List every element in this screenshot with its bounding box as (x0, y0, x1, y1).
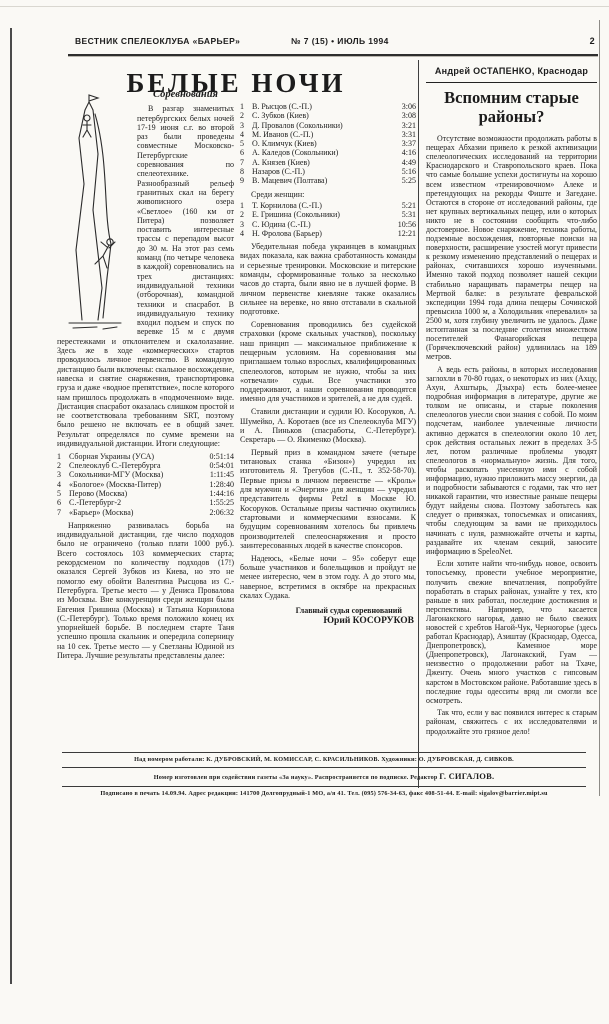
result-place: 3 (57, 470, 69, 479)
or-paragraph-4: Так что, если у вас появился интерес к с… (426, 708, 597, 735)
result-name: Д. Провалов (Сокольники) (252, 121, 402, 130)
result-time: 3:06 (402, 102, 416, 111)
result-time: 0:51:14 (210, 452, 234, 461)
result-place: 4 (240, 229, 252, 238)
men-result-row: 7 А. Князев (Киев) 4:49 (240, 158, 416, 167)
result-name: В. Мацевич (Полтава) (252, 176, 402, 185)
result-place: 7 (240, 158, 252, 167)
women-result-row: 3 С. Юдина (С.-П.) 10:56 (240, 220, 416, 229)
result-time: 2:06:32 (210, 508, 234, 517)
imprint-footer: Над номером работали: К. ДУБРОВСКИЙ, М. … (62, 752, 586, 801)
result-name: Назаров (С.-П.) (252, 167, 402, 176)
result-name: А. Каледов (Сокольники) (252, 148, 402, 157)
result-time: 12:21 (398, 229, 416, 238)
result-place: 4 (240, 130, 252, 139)
or-paragraph-2: А ведь есть районы, в которых исследован… (426, 365, 597, 556)
page-number: 2 (590, 36, 595, 46)
result-time: 5:25 (402, 176, 416, 185)
men-result-row: 8 Назаров (С.-П.) 5:16 (240, 167, 416, 176)
wn-paragraph-2: Напряженно развивалась борьба на индивид… (57, 521, 234, 660)
result-name: Н. Фролова (Барьер) (252, 229, 398, 238)
signature-role: Главный судья соревнований (240, 606, 402, 615)
result-name: С. Юдина (С.-П.) (252, 220, 398, 229)
result-place: 1 (57, 452, 69, 461)
result-name: М. Иванов (С.-П.) (252, 130, 402, 139)
result-place: 2 (57, 461, 69, 470)
signature-name: Юрий КОСОРУКОВ (240, 617, 414, 626)
result-name: Спелеоклуб С.-Петербурга (69, 461, 210, 470)
result-time: 1:28:40 (210, 480, 234, 489)
result-place: 3 (240, 220, 252, 229)
women-result-row: 4 Н. Фролова (Барьер) 12:21 (240, 229, 416, 238)
column-divider (418, 60, 419, 788)
result-time: 0:54:01 (210, 461, 234, 470)
men-result-row: 1 В. Рысцов (С.-П.) 3:06 (240, 102, 416, 111)
team-result-row: 1 Сборная Украины (УСА) 0:51:14 (57, 452, 234, 461)
men-result-row: 3 Д. Провалов (Сокольники) 3:21 (240, 121, 416, 130)
masthead: ВЕСТНИК СПЕЛЕОКЛУБА «БАРЬЕР» № 7 (15) • … (0, 36, 609, 50)
result-time: 5:31 (402, 210, 416, 219)
imprint-credits: Над номером работали: К. ДУБРОВСКИЙ, М. … (62, 752, 586, 767)
team-result-row: 2 Спелеоклуб С.-Петербурга 0:54:01 (57, 461, 234, 470)
result-place: 7 (57, 508, 69, 517)
result-time: 3:37 (402, 139, 416, 148)
wn-paragraph-5: Ставили дистанции и судили Ю. Косоруков,… (240, 407, 416, 444)
result-place: 1 (240, 102, 252, 111)
page-border-right (599, 20, 600, 796)
result-time: 3:31 (402, 130, 416, 139)
result-time: 3:08 (402, 111, 416, 120)
result-time: 5:21 (402, 201, 416, 210)
imprint-production: Номер изготовлен при содействии газеты «… (62, 767, 586, 785)
team-result-row: 5 Перово (Москва) 1:44:16 (57, 489, 234, 498)
result-name: О. Климчук (Киев) (252, 139, 402, 148)
masthead-rule (68, 54, 598, 57)
women-results-list: 1 Т. Корнилова (С.-П.) 5:21 2 Е. Гришина… (240, 201, 416, 238)
page-border-left (10, 28, 12, 984)
masthead-title: ВЕСТНИК СПЕЛЕОКЛУБА «БАРЬЕР» (75, 36, 240, 46)
result-time: 1:11:45 (210, 470, 234, 479)
result-place: 9 (240, 176, 252, 185)
result-name: Е. Гришина (Сокольники) (252, 210, 402, 219)
result-place: 2 (240, 111, 252, 120)
result-place: 5 (57, 489, 69, 498)
men-result-row: 2 С. Зубков (Киев) 3:08 (240, 111, 416, 120)
men-result-row: 5 О. Климчук (Киев) 3:37 (240, 139, 416, 148)
men-result-row: 4 М. Иванов (С.-П.) 3:31 (240, 130, 416, 139)
men-result-row: 6 А. Каледов (Сокольники) 4:16 (240, 148, 416, 157)
team-result-row: 7 «Барьер» (Москва) 2:06:32 (57, 508, 234, 517)
result-place: 8 (240, 167, 252, 176)
wn-paragraph-6: Первый приз в командном зачете (четыре т… (240, 448, 416, 550)
women-results-heading: Среди женщин: (240, 190, 416, 199)
result-name: С.-Петербург-2 (69, 498, 210, 507)
byline-ostapenko: Андрей ОСТАПЕНКО, Краснодар (426, 62, 597, 83)
or-paragraph-3: Если хотите найти что-нибудь новое, осво… (426, 559, 597, 705)
men-results-list: 1 В. Рысцов (С.-П.) 3:06 2 С. Зубков (Ки… (240, 102, 416, 186)
result-name: Перово (Москва) (69, 489, 210, 498)
result-name: А. Князев (Киев) (252, 158, 402, 167)
result-place: 1 (240, 201, 252, 210)
men-result-row: 9 В. Мацевич (Полтава) 5:25 (240, 176, 416, 185)
newspaper-page: ВЕСТНИК СПЕЛЕОКЛУБА «БАРЬЕР» № 7 (15) • … (0, 0, 609, 1024)
wn-paragraph-4: Соревнования проводились без судейской с… (240, 320, 416, 404)
or-paragraph-1: Отсутствие возможности продолжать работы… (426, 134, 597, 361)
result-time: 4:16 (402, 148, 416, 157)
result-place: 6 (240, 148, 252, 157)
result-time: 1:44:16 (210, 489, 234, 498)
result-place: 2 (240, 210, 252, 219)
result-name: Сборная Украины (УСА) (69, 452, 210, 461)
imprint-production-text: Номер изготовлен при содействии газеты «… (154, 774, 438, 781)
column-3: Андрей ОСТАПЕНКО, Краснодар Вспомним ста… (426, 62, 597, 788)
team-results-list: 1 Сборная Украины (УСА) 0:51:14 2 Спелео… (57, 452, 234, 517)
climber-illustration (57, 92, 131, 335)
signature-block: Главный судья соревнований Юрий КОСОРУКО… (240, 606, 416, 627)
result-place: 4 (57, 480, 69, 489)
wn-paragraph-3: Убедительная победа украинцев в командны… (240, 242, 416, 316)
result-name: «Бологое» (Москва-Питер) (69, 480, 210, 489)
women-result-row: 1 Т. Корнилова (С.-П.) 5:21 (240, 201, 416, 210)
imprint-contacts: Подписано в печать 14.09.94. Адрес редак… (62, 786, 586, 801)
result-time: 3:21 (402, 121, 416, 130)
result-time: 10:56 (398, 220, 416, 229)
result-name: В. Рысцов (С.-П.) (252, 102, 402, 111)
column-2: 1 В. Рысцов (С.-П.) 3:06 2 С. Зубков (Ки… (240, 100, 416, 756)
masthead-issue: № 7 (15) • ИЮЛЬ 1994 (240, 36, 440, 46)
result-name: Сокольники-МГУ (Москва) (69, 470, 210, 479)
result-name: Т. Корнилова (С.-П.) (252, 201, 402, 210)
article-title-old-regions: Вспомним старые районы? (426, 89, 597, 126)
editor-name: Г. СИГАЛОВ. (439, 771, 494, 781)
column-1: Соревнования В разгар знаменитых петербу… (57, 90, 234, 756)
result-name: С. Зубков (Киев) (252, 111, 402, 120)
team-result-row: 3 Сокольники-МГУ (Москва) 1:11:45 (57, 470, 234, 479)
team-result-row: 6 С.-Петербург-2 1:55:25 (57, 498, 234, 507)
result-place: 3 (240, 121, 252, 130)
result-place: 5 (240, 139, 252, 148)
scan-artifact-top (0, 6, 609, 7)
result-name: «Барьер» (Москва) (69, 508, 210, 517)
wn-paragraph-7: Надеюсь, «Белые ночи – 95» соберут еще б… (240, 554, 416, 600)
result-time: 4:49 (402, 158, 416, 167)
result-time: 1:55:25 (210, 498, 234, 507)
result-place: 6 (57, 498, 69, 507)
result-time: 5:16 (402, 167, 416, 176)
women-result-row: 2 Е. Гришина (Сокольники) 5:31 (240, 210, 416, 219)
team-result-row: 4 «Бологое» (Москва-Питер) 1:28:40 (57, 480, 234, 489)
